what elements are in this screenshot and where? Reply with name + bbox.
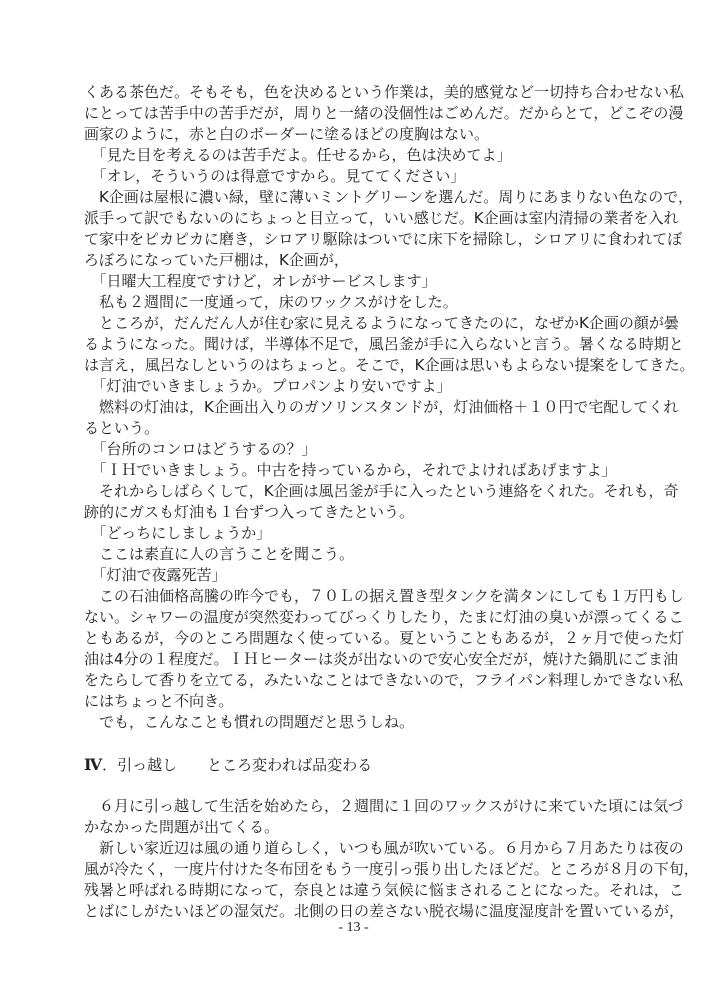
text-line: をたらして香りを立てる，みたいなことはできないので，フライパン料理しかできない私 [84,670,624,691]
text-line: ない。シャワーの温度が突然変わってびっくりしたり，たまに灯油の臭いが漂ってくるこ [84,607,624,628]
text-line: 風が冷たく，一度片付けた冬布団をもう一度引っ張り出したほどだ。ところが８月の下旬… [84,859,624,880]
section-heading: Ⅳ．引っ越し ところ変われば品変わる [84,754,624,775]
text-line: にはちょっと不向き。 [84,691,624,712]
text-line: にとっては苦手中の苦手だが，周りと一緒の没個性はごめんだ。だからとて，どこぞの漫 [84,103,624,124]
text-line: 「見た目を考えるのは苦手だよ。任せるから，色は決めてよ」 [84,145,624,166]
text-line: 「どっちにしましょうか」 [84,523,624,544]
text-line: ６月に引っ越して生活を始めたら，２週間に１回のワックスがけに来ていた頃には気づ [84,796,624,817]
section-title: 引っ越し ところ変われば品変わる [117,756,372,774]
text-line: 跡的にガスも灯油も１台ずつ入ってきたという。 [84,502,624,523]
text-line: ともあるが，今のところ問題なく使っている。夏ということもあるが，２ヶ月で使った灯 [84,628,624,649]
text-line: 「オレ，そういうのは得意ですから。見ててください」 [84,166,624,187]
section-number: Ⅳ [84,755,102,774]
blank-line [84,733,624,754]
text-line: 「日曜大工程度ですけど，オレがサービスします」 [84,271,624,292]
text-line: それからしばらくして，K企画は風呂釜が手に入ったという連絡をくれた。それも，奇 [84,481,624,502]
text-line: ろぼろになっていた戸棚は，K企画が， [84,250,624,271]
blank-line [84,775,624,796]
text-line: 油は4分の１程度だ。ＩＨヒーターは炎が出ないので安心安全だが，焼けた鍋肌にごま油 [84,649,624,670]
text-line: この石油価格高騰の昨今でも，７０Ｌの据え置き型タンクを満タンにしても１万円もし [84,586,624,607]
text-line: とばにしがたいほどの湿気だ。北側の日の差さない脱衣場に温度湿度計を置いているが， [84,901,624,922]
document-page: くある茶色だ。そもそも，色を決めるという作業は，美的感覚など一切持ち合わせない私… [84,82,624,922]
text-line: て家中をピカピカに磨き，シロアリ駆除はついでに床下を掃除し，シロアリに食われてぼ [84,229,624,250]
text-line: るという。 [84,418,624,439]
text-line: 私も２週間に一度通って，床のワックスがけをした。 [84,292,624,313]
text-line: 「灯油でいきましょうか。プロパンより安いですよ」 [84,376,624,397]
text-line: 残暑と呼ばれる時期になって，奈良とは違う気候に悩まされることになった。それは，こ [84,880,624,901]
text-line: 新しい家近辺は風の通り道らしく，いつも風が吹いている。６月から７月あたりは夜の [84,838,624,859]
text-line: るようになった。聞けば，半導体不足で，風呂釜が手に入らないと言う。暑くなる時期と [84,334,624,355]
text-line: 「灯油で夜露死苦」 [84,565,624,586]
body-text-part2: ６月に引っ越して生活を始めたら，２週間に１回のワックスがけに来ていた頃には気づか… [84,796,624,922]
text-line: 「台所のコンロはどうするの？」 [84,439,624,460]
body-text-part1: くある茶色だ。そもそも，色を決めるという作業は，美的感覚など一切持ち合わせない私… [84,82,624,733]
text-line: くある茶色だ。そもそも，色を決めるという作業は，美的感覚など一切持ち合わせない私 [84,82,624,103]
text-line: 画家のように，赤と白のボーダーに塗るほどの度胸はない。 [84,124,624,145]
text-line: K企画は屋根に濃い緑，壁に薄いミントグリーンを選んだ。周りにあまりない色なので， [84,187,624,208]
page-number: - 13 - [0,920,707,936]
text-line: かなかった問題が出てくる。 [84,817,624,838]
text-line: 燃料の灯油は，K企画出入りのガソリンスタンドが，灯油価格＋１０円で宅配してくれ [84,397,624,418]
section-separator: ． [102,756,117,774]
text-line: ここは素直に人の言うことを聞こう。 [84,544,624,565]
text-line: は言え，風呂なしというのはちょっと。そこで，K企画は思いもよらない提案をしてきた… [84,355,624,376]
text-line: ところが，だんだん人が住む家に見えるようになってきたのに，なぜかK企画の顔が曇 [84,313,624,334]
text-line: 派手って訳でもないのにちょっと目立って，いい感じだ。K企画は室内清掃の業者を入れ [84,208,624,229]
text-line: 「ＩＨでいきましょう。中古を持っているから，それでよければあげますよ」 [84,460,624,481]
text-line: でも，こんなことも慣れの問題だと思うしね。 [84,712,624,733]
